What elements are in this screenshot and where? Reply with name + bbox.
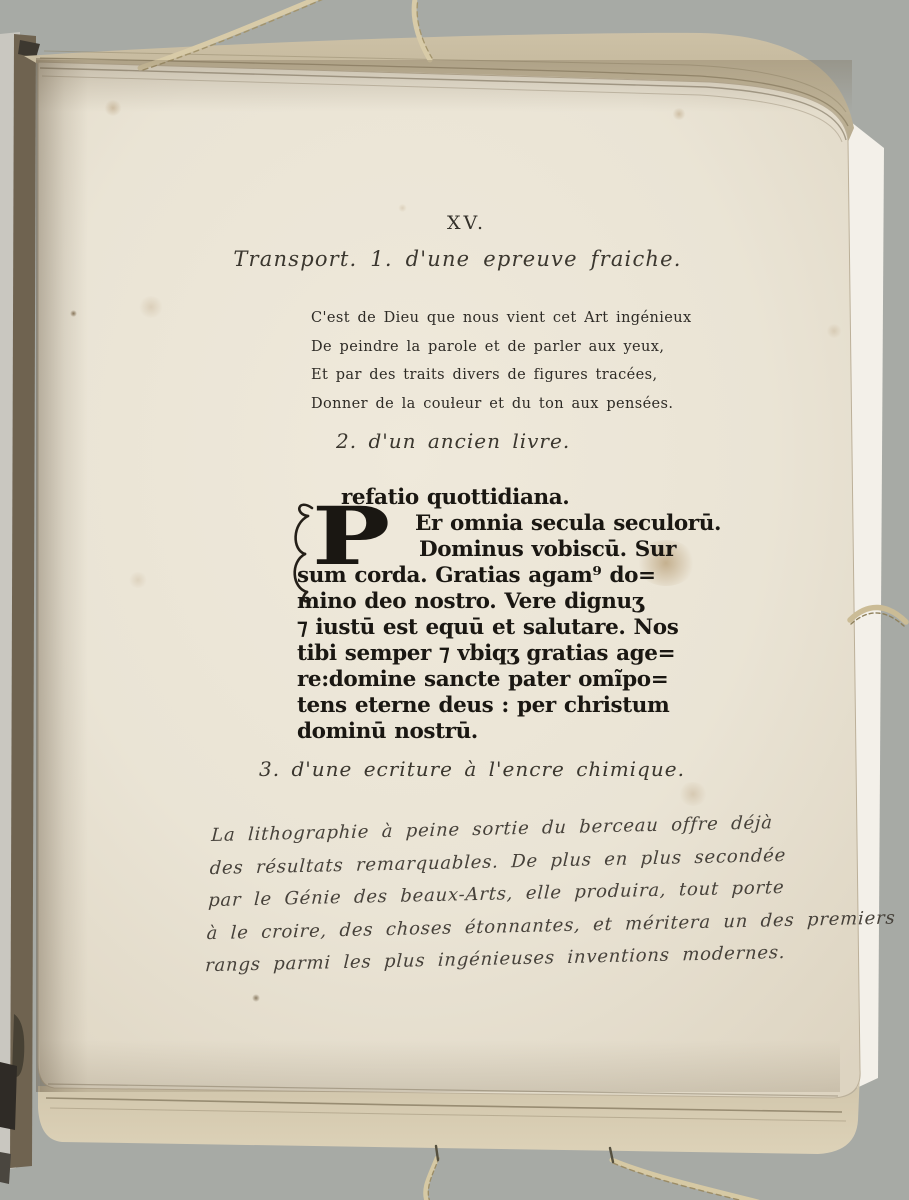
blackletter-line: tens eterne deus : per christum <box>297 693 677 719</box>
section-1-heading: Transport. 1. d'une epreuve fraiche. <box>0 247 909 271</box>
section-3-heading: 3. d'une ecriture à l'encre chimique. <box>259 757 685 781</box>
poem-line: Et par des traits divers de figures trac… <box>311 361 692 390</box>
blackletter-line: re:domine sancte pater omĩpo= <box>297 667 677 693</box>
drop-cap-initial: P <box>312 500 390 572</box>
book-page-photograph: XV. Transport. 1. d'une epreuve fraiche.… <box>0 0 909 1200</box>
handwriting-specimen: La lithographie à peine sortie du bercea… <box>204 807 772 982</box>
poem-specimen: C'est de Dieu que nous vient cet Art ing… <box>311 304 692 418</box>
blackletter-line: mino deo nostro. Vere dignuʒ <box>297 589 677 615</box>
blackletter-line: tibi semper ⁊ vbiqʒ gratias age= <box>297 641 677 667</box>
blackletter-line: dominū nostrū. <box>297 719 677 745</box>
blackletter-line: ⁊ iustū est equū et salutare. Nos <box>297 615 677 641</box>
poem-line: De peindre la parole et de parler aux ye… <box>311 333 692 362</box>
page-number: XV. <box>300 212 633 234</box>
page-content: XV. Transport. 1. d'une epreuve fraiche.… <box>0 0 909 1200</box>
poem-end-mark: · <box>450 396 454 410</box>
poem-line: Donner de la couleur et du ton aux pensé… <box>311 390 692 419</box>
poem-line: C'est de Dieu que nous vient cet Art ing… <box>311 304 692 333</box>
section-2-heading: 2. d'un ancien livre. <box>336 429 570 453</box>
